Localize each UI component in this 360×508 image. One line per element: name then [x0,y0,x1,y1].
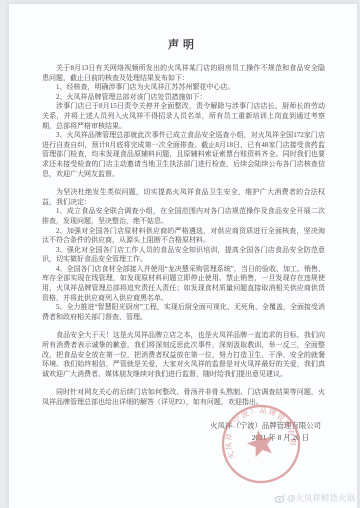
statement-photo: 声明 关于8月13日有关网络视频所发出的火凤祥某门店的厨房员工操作不规范和食品安… [0,0,360,508]
statement-paragraph: 4、全国各门店食材全部接入并使用“龙决慧采购管理系统”，当日的验收、加工、销售、… [42,265,325,303]
statement-paragraph: 关于8月13日有关网络视频所发出的火凤祥某门店的厨房员工操作不规范和食品安全隐患… [42,64,325,83]
signature-block: 火凤祥（宁波）品牌管理有限公司 2021 年 8 月 20 日 [9,420,321,445]
signature-company: 火凤祥（宁波）品牌管理有限公司 [9,420,321,433]
statement-paragraph: 5、全力推进“智慧阳光厨房”工程，实现后厨全面可视化、无死角、全覆盖，全面接受消… [42,303,325,322]
signature-date: 2021 年 8 月 20 日 [9,432,321,445]
statement-paragraph: 3、火凤祥品牌管理总部就此次事件已成立食品安全巡查小组，对火凤祥全国172家门店… [42,131,325,179]
weibo-watermark: @火凤祥鲜货火锅 [274,492,355,504]
statement-paragraph: 1、经核查，明确涉事门店为火凤祥江苏苏州繁花中心店。 [42,83,325,93]
statement-paragraph: 2、加强对全国各门店原材料供应商的严格遴选，对供应商资质进行全面核查，坚决淘汰不… [42,227,325,246]
statement-paragraph: 食品安全大于天！这是火凤祥品牌立店之本，也是火凤祥品牌一直追求的目标，我们向所有… [42,331,325,379]
statement-paper: 声明 关于8月13日有关网络视频所发出的火凤祥某门店的厨房员工操作不规范和食品安… [9,4,357,508]
statement-title: 声明 [9,36,357,52]
statement-paragraph: 涉事门店已于8月15日责令关停并全面整改，责令解除与涉事门店店长、厨师长的劳动关… [42,102,325,131]
watermark-text: @火凤祥鲜货火锅 [287,492,355,504]
statement-paragraph: 为坚决杜绝发生类似问题，切实提高火凤祥食品卫生安全，维护广大消费者的合法权益，我… [42,188,325,207]
statement-body: 关于8月13日有关网络视频所发出的火凤祥某门店的厨房员工操作不规范和食品安全隐患… [42,64,325,408]
weibo-eye-icon [274,493,285,504]
statement-paragraph: 同时针对网友关心的后续门店如何整改、骨汤并非骨头熬制、门店调查结果等问题，火凤祥… [42,388,325,407]
statement-paragraph: 2、火凤祥品牌管理总部对该门店处罚措施如下： [42,93,325,103]
statement-paragraph: 3、强化对全国各门店工作人员的食品安全知识培训，提高全国各门店食品安全防范意识，… [42,246,325,265]
statement-paragraph: 1、成立食品安全联合调查小组，在全国范围内对各门店规范操作及食品安全开展二次排查… [42,207,325,226]
